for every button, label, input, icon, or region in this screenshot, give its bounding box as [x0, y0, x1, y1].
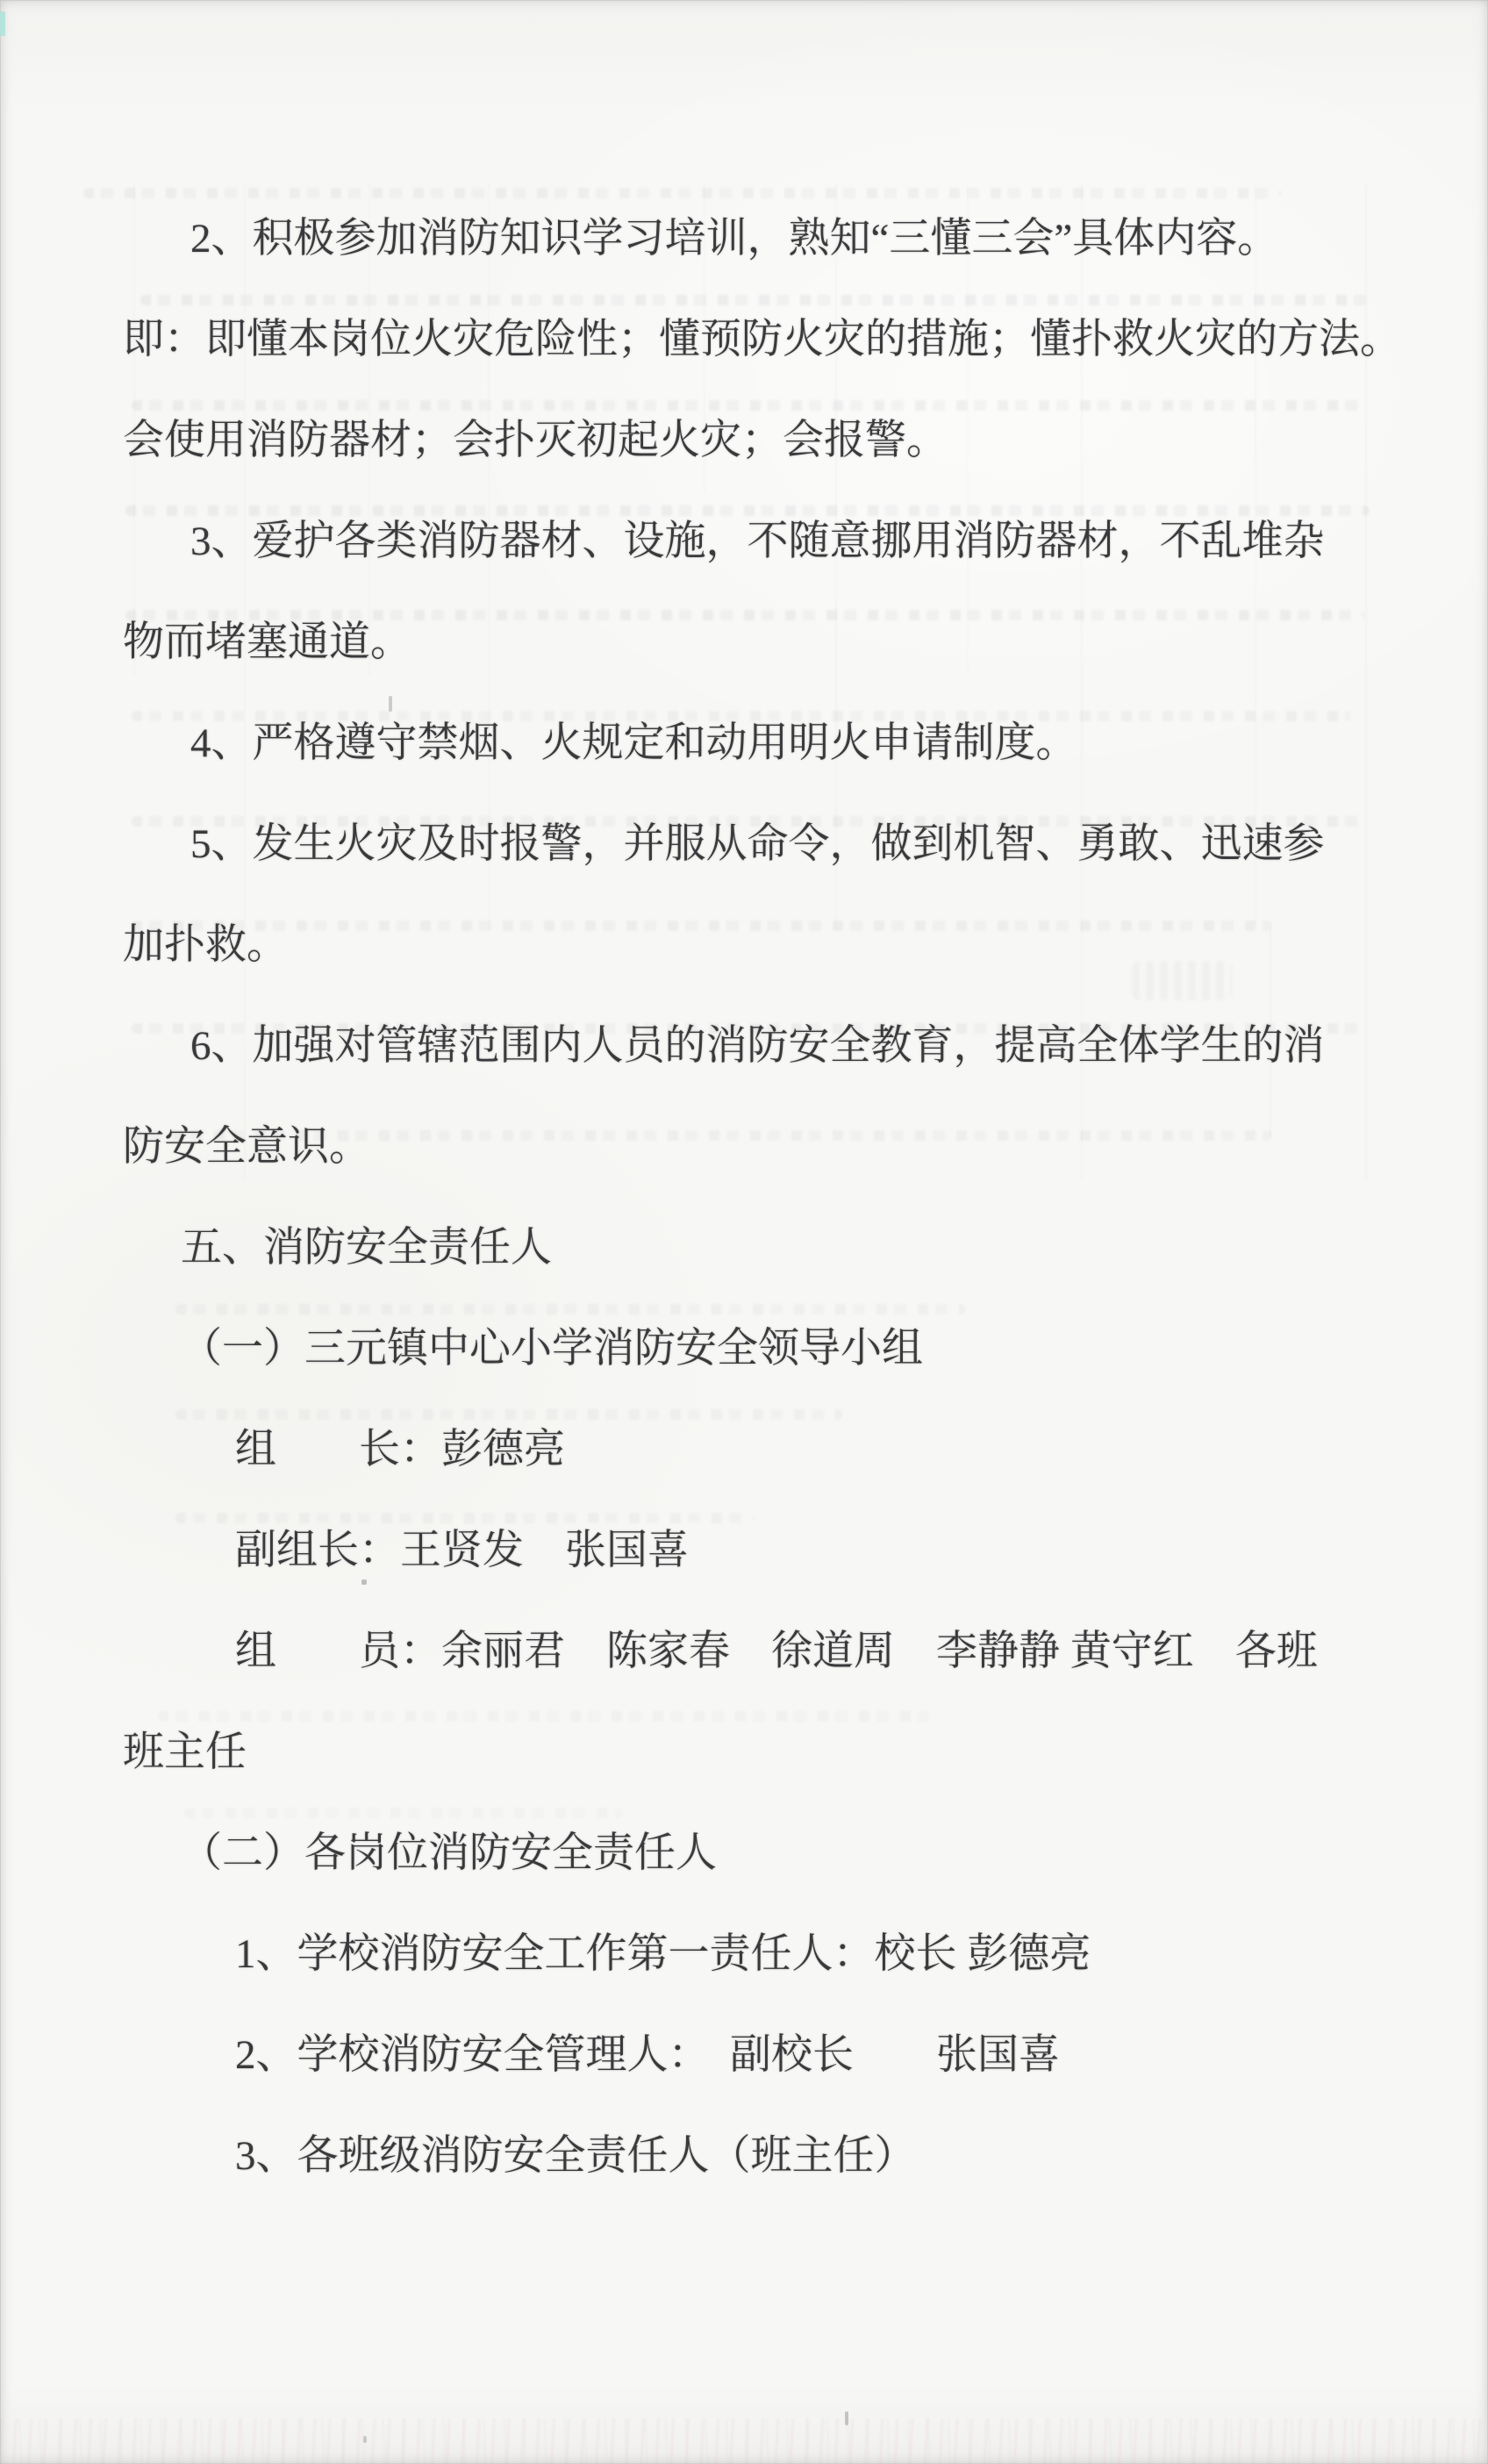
text-line: 5、发生火灾及时报警，并服从命令，做到机智、勇敢、迅速参 — [123, 794, 1377, 895]
text-line: 物而堵塞通道。 — [123, 592, 1377, 693]
text-line: 五、消防安全责任人 — [123, 1198, 1377, 1299]
text-line: 防安全意识。 — [123, 1097, 1377, 1198]
text-line: 加扑救。 — [123, 895, 1377, 996]
text-line: 副组长：王贤发 张国喜 — [123, 1501, 1377, 1601]
document-lines: 2、积极参加消防知识学习培训，熟知“三懂三会”具体内容。即：即懂本岗位火灾危险性… — [123, 189, 1377, 2207]
scan-artifact-speck — [363, 2436, 367, 2443]
text-line: 组 长：彭德亮 — [123, 1400, 1377, 1501]
scan-artifact-speck — [361, 1579, 367, 1585]
scan-artifact-speck — [845, 2411, 848, 2425]
scan-artifact-speck — [389, 696, 392, 712]
text-line: 会使用消防器材；会扑灭初起火灾；会报警。 — [123, 390, 1377, 491]
scan-artifact-cyan-patch — [0, 11, 5, 36]
text-line: 1、学校消防安全工作第一责任人：校长 彭德亮 — [123, 1904, 1377, 2005]
text-line: 3、各班级消防安全责任人（班主任） — [123, 2106, 1377, 2207]
text-line: （一）三元镇中心小学消防安全领导小组 — [123, 1299, 1377, 1400]
text-line: 2、积极参加消防知识学习培训，熟知“三懂三会”具体内容。 — [123, 189, 1377, 290]
text-line: 2、学校消防安全管理人： 副校长 张国喜 — [123, 2005, 1377, 2106]
text-line: （二）各岗位消防安全责任人 — [123, 1803, 1377, 1904]
text-line: 3、爱护各类消防器材、设施，不随意挪用消防器材，不乱堆杂 — [123, 491, 1377, 592]
text-line: 即：即懂本岗位火灾危险性；懂预防火灾的措施；懂扑救火灾的方法。 — [123, 290, 1377, 390]
text-line: 班主任 — [123, 1702, 1377, 1803]
scanned-document-page: 2、积极参加消防知识学习培训，熟知“三懂三会”具体内容。即：即懂本岗位火灾危险性… — [0, 0, 1488, 2464]
text-line: 6、加强对管辖范围内人员的消防安全教育，提高全体学生的消 — [123, 996, 1377, 1097]
text-line: 组 员：余丽君 陈家春 徐道周 李静静 黄守红 各班 — [123, 1601, 1377, 1702]
scan-edge-noise — [0, 2418, 1488, 2464]
text-line: 4、严格遵守禁烟、火规定和动用明火申请制度。 — [123, 693, 1377, 794]
